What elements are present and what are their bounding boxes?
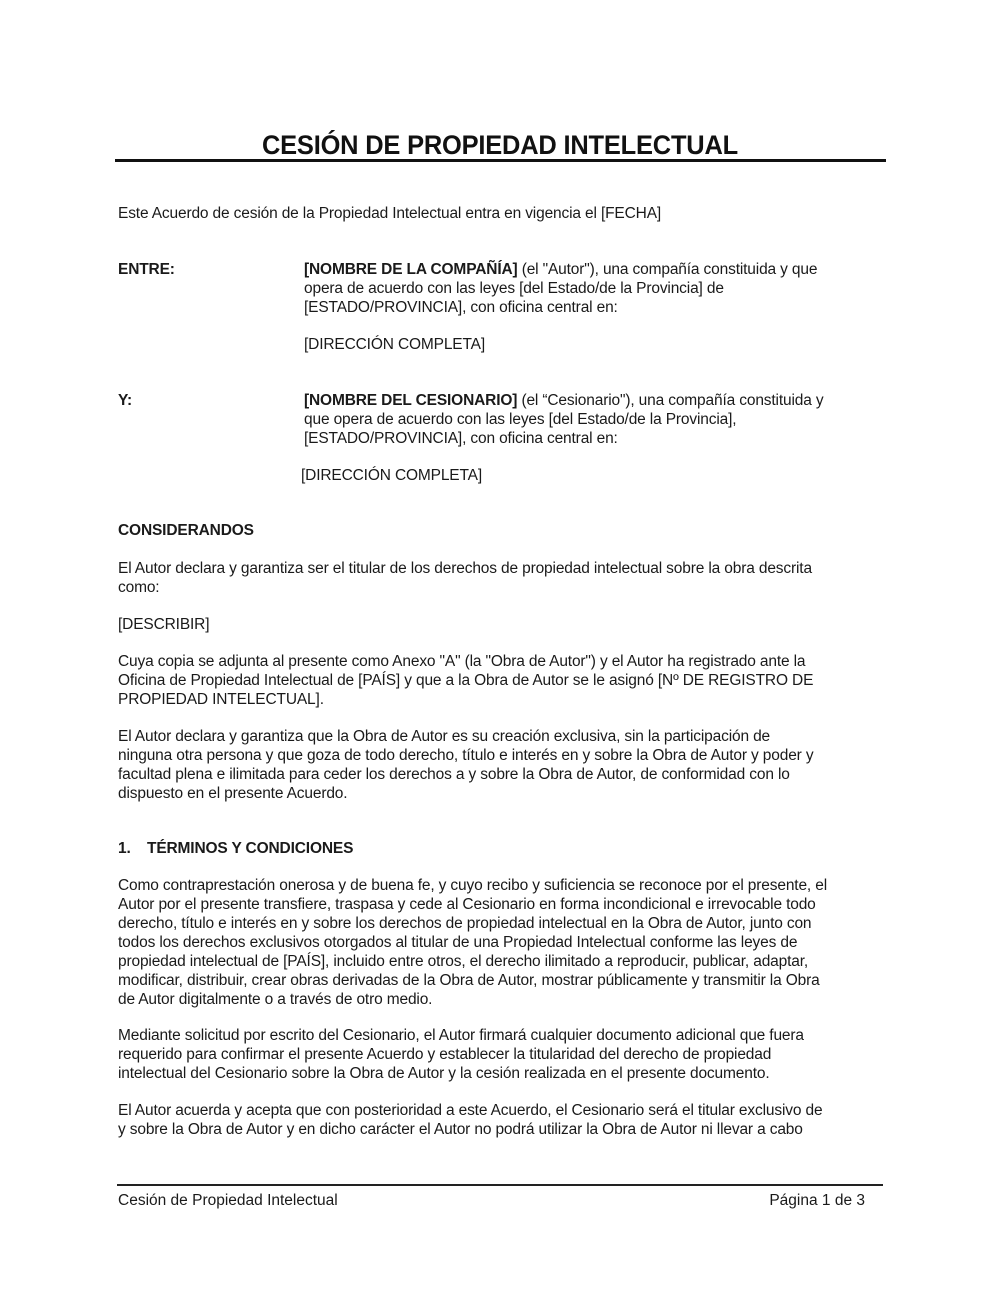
party-name: [NOMBRE DE LA COMPAÑÍA] <box>304 261 518 278</box>
title-underline <box>115 159 886 162</box>
document-page: CESIÓN DE PROPIEDAD INTELECTUAL Este Acu… <box>0 0 1000 1290</box>
party-label-y: Y: <box>118 391 132 410</box>
describe-placeholder: [DESCRIBIR] <box>118 615 209 634</box>
section-number: 1. <box>118 839 131 858</box>
paragraph-line: y sobre la Obra de Autor y en dicho cará… <box>118 1120 822 1139</box>
intro-paragraph: Este Acuerdo de cesión de la Propiedad I… <box>118 204 661 223</box>
paragraph-line: de Autor digitalmente o a través de otro… <box>118 990 827 1009</box>
footer-document-name: Cesión de Propiedad Intelectual <box>118 1191 338 1210</box>
party-address: [DIRECCIÓN COMPLETA] <box>304 335 485 354</box>
paragraph-line: como: <box>118 578 812 597</box>
party-address: [DIRECCIÓN COMPLETA] <box>301 466 482 485</box>
party-line: [NOMBRE DE LA COMPAÑÍA] (el "Autor"), un… <box>304 260 817 279</box>
party-text: (el “Cesionario"), una compañía constitu… <box>517 392 823 409</box>
paragraph-line: El Autor acuerda y acepta que con poster… <box>118 1101 822 1120</box>
party-line: [NOMBRE DEL CESIONARIO] (el “Cesionario"… <box>304 391 823 410</box>
paragraph-line: Como contraprestación onerosa y de buena… <box>118 876 827 895</box>
section-paragraph: Mediante solicitud por escrito del Cesio… <box>118 1026 804 1083</box>
party-text: (el "Autor"), una compañía constituida y… <box>518 261 818 278</box>
recital-paragraph: Cuya copia se adjunta al presente como A… <box>118 652 813 709</box>
paragraph-line: dispuesto en el presente Acuerdo. <box>118 784 813 803</box>
party-line: [ESTADO/PROVINCIA], con oficina central … <box>304 298 817 317</box>
recital-paragraph: El Autor declara y garantiza ser el titu… <box>118 559 812 597</box>
section-paragraph: Como contraprestación onerosa y de buena… <box>118 876 827 1009</box>
paragraph-line: Autor por el presente transfiere, traspa… <box>118 895 827 914</box>
party-line: [ESTADO/PROVINCIA], con oficina central … <box>304 429 823 448</box>
paragraph-line: requerido para confirmar el presente Acu… <box>118 1045 804 1064</box>
party-line: que opera de acuerdo con las leyes [del … <box>304 410 823 429</box>
party-name: [NOMBRE DEL CESIONARIO] <box>304 392 517 409</box>
paragraph-line: El Autor declara y garantiza ser el titu… <box>118 559 812 578</box>
section-paragraph: El Autor acuerda y acepta que con poster… <box>118 1101 822 1139</box>
footer-page-number: Página 1 de 3 <box>769 1191 865 1210</box>
paragraph-line: PROPIEDAD INTELECTUAL]. <box>118 690 813 709</box>
footer-rule <box>117 1184 883 1186</box>
paragraph-line: Oficina de Propiedad Intelectual de [PAÍ… <box>118 671 813 690</box>
paragraph-line: ninguna otra persona y que goza de todo … <box>118 746 813 765</box>
recital-paragraph: El Autor declara y garantiza que la Obra… <box>118 727 813 803</box>
paragraph-line: derecho, título e interés en y sobre los… <box>118 914 827 933</box>
paragraph-line: propiedad intelectual de [PAÍS], incluid… <box>118 952 827 971</box>
paragraph-line: facultad plena e ilimitada para ceder lo… <box>118 765 813 784</box>
party-block-assignee: [NOMBRE DEL CESIONARIO] (el “Cesionario"… <box>304 391 823 448</box>
paragraph-line: todos los derechos exclusivos otorgados … <box>118 933 827 952</box>
paragraph-line: intelectual del Cesionario sobre la Obra… <box>118 1064 804 1083</box>
paragraph-line: modificar, distribuir, crear obras deriv… <box>118 971 827 990</box>
paragraph-line: El Autor declara y garantiza que la Obra… <box>118 727 813 746</box>
party-label-entre: ENTRE: <box>118 260 175 279</box>
section-heading-terminos: TÉRMINOS Y CONDICIONES <box>147 839 353 858</box>
party-line: opera de acuerdo con las leyes [del Esta… <box>304 279 817 298</box>
document-title: CESIÓN DE PROPIEDAD INTELECTUAL <box>130 127 869 163</box>
party-block-author: [NOMBRE DE LA COMPAÑÍA] (el "Autor"), un… <box>304 260 817 317</box>
section-heading-considerandos: CONSIDERANDOS <box>118 521 254 540</box>
paragraph-line: Mediante solicitud por escrito del Cesio… <box>118 1026 804 1045</box>
paragraph-line: Cuya copia se adjunta al presente como A… <box>118 652 813 671</box>
